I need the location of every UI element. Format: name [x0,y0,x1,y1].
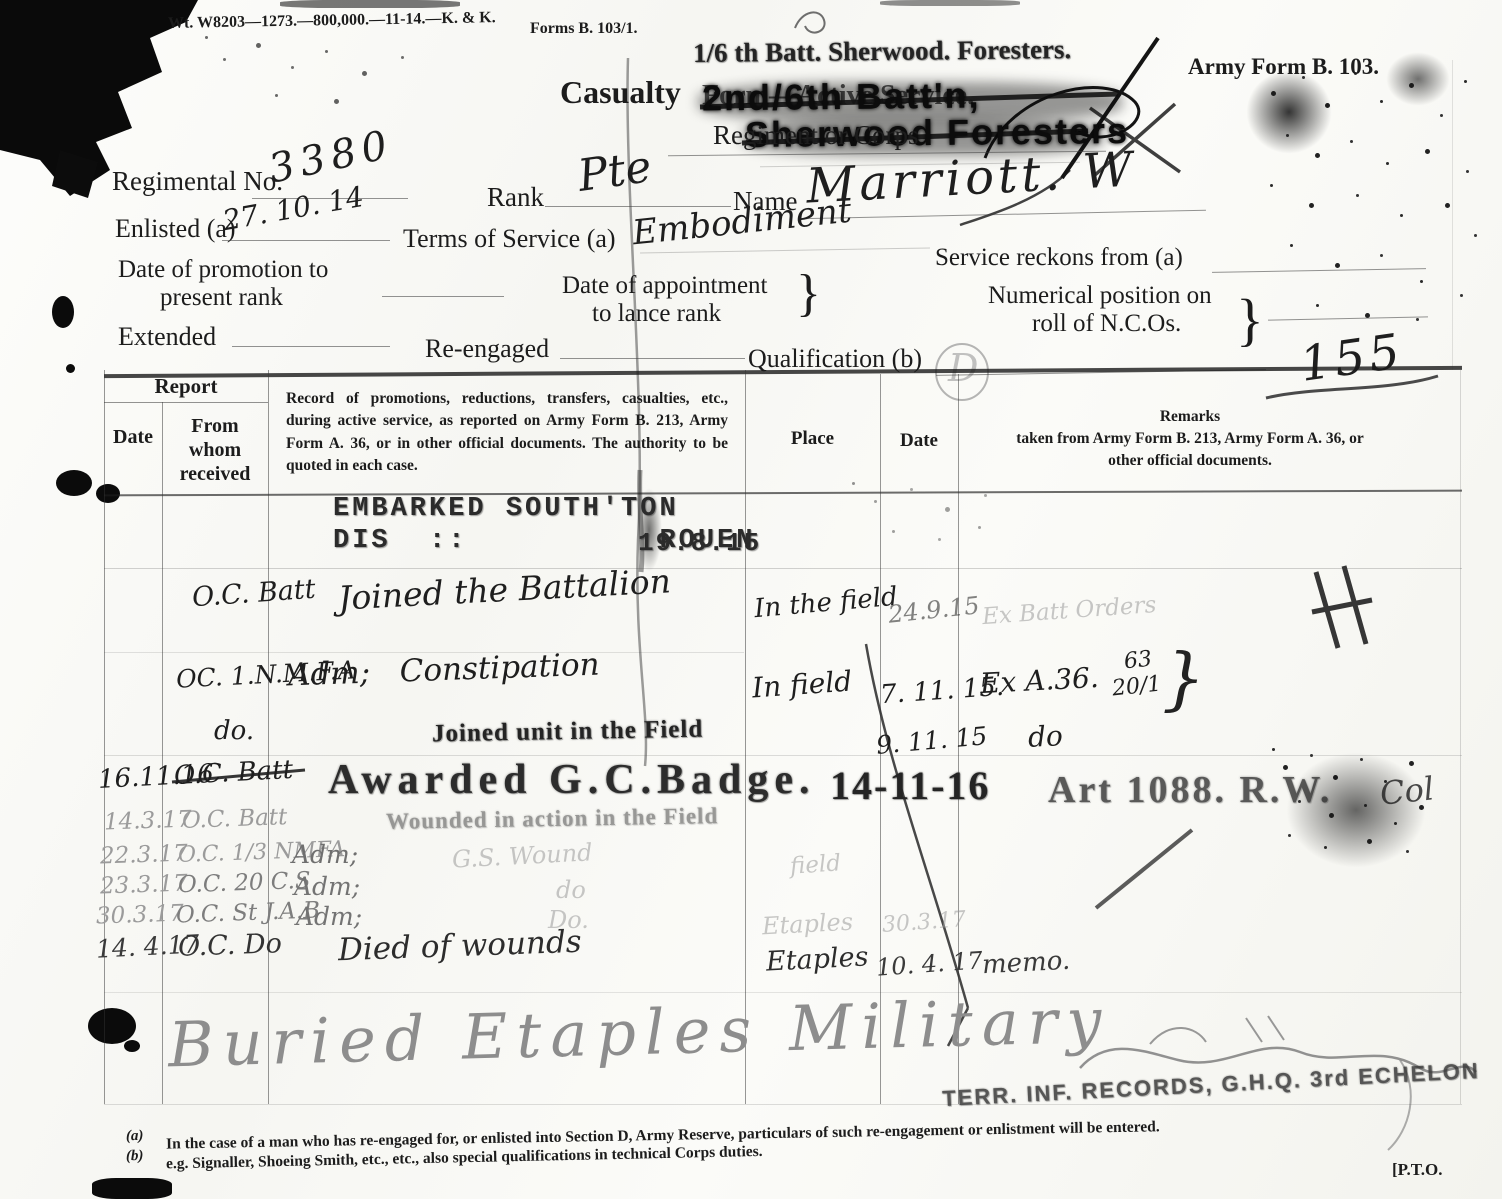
remarks-column-header-title: Remarks [1000,408,1380,426]
place-entry: Etaples [761,908,853,941]
enlisted-label: Enlisted (a) [115,214,236,244]
table-header-underline [104,402,268,403]
place-entry: Etaples [765,941,869,977]
from-whom-column-header: From whom received [164,414,266,486]
date-received-entry: 14.3.17 [104,806,193,835]
report-column-header: Report [104,374,268,399]
embarked-stamp-line1: EMBARKED SOUTH'TON [333,494,679,524]
remarks-brace: } [1162,640,1205,719]
from-whom-entry: O.C. Batt [173,755,293,791]
record-column-header: Record of promotions, reductions, transf… [286,388,728,478]
numerical-brace: } [1236,286,1264,353]
joined-unit-stamp: Joined unit in the Field [432,716,704,749]
from-whom-entry: do. [214,716,254,746]
footnote-a-label: (a) [126,1128,144,1145]
footnote-b-label: (b) [126,1148,144,1165]
remarks-fraction-denominator: 20/1 [1111,671,1163,701]
gc-badge-date-stamp: 14-11-16 [830,762,990,809]
date2-column-header: Date [880,430,958,452]
record-entry: Adm; [292,840,358,869]
place-entry: field [789,850,842,879]
appointment-label-line1: Date of appointment [562,272,768,300]
row-rule [104,568,1462,569]
table-col-line [268,370,269,1104]
date-column-header: Date [104,426,162,449]
remarks-initials: Col [1378,769,1436,812]
record-entry: Adm; [296,902,362,931]
remarks-entry: memo. [981,946,1071,981]
date-received-entry: 30.3.17 [96,900,185,929]
terms-label: Terms of Service (a) [403,224,616,254]
promotion-label-line2: present rank [160,284,283,312]
table-col-line [104,370,105,1104]
army-form-number: Army Form B. 103. [1188,54,1379,80]
forms-ref: Forms B. 103/1. [530,20,638,38]
from-whom-entry: O.C. Batt [182,804,288,834]
field-rule [560,358,745,359]
pto-note: [P.T.O. [1392,1160,1443,1180]
place-entry: In field [751,665,853,705]
extended-label: Extended [118,322,216,352]
form-title-word: Casualty [560,74,681,111]
regimental-no-label: Regimental No. [112,166,283,197]
place-column-header: Place [745,428,880,450]
record-detail-entry: do [556,876,586,904]
numerical-label-line1: Numerical position on [988,282,1212,310]
from-whom-entry: O.C. Do [177,928,282,963]
field-rule [382,296,504,297]
promotion-label-line1: Date of promotion to [118,256,328,284]
regiment-label: Regiment or Corps [713,120,918,151]
casualty-form-scan: Wt. W8203—1273.—800,000.—11-14.—K. & K. … [0,0,1502,1199]
date-received-entry: 23.3.17 [100,870,189,899]
record-entry: Adm; [294,872,360,901]
remarks-entry: Ex A.36. [979,661,1099,700]
numerical-label-line2: roll of N.C.Os. [1032,310,1181,338]
reengaged-label: Re-engaged [425,334,549,364]
rank-label: Rank [487,182,544,213]
from-whom-entry: O.C. 20 C.S [178,868,311,899]
table-col-line [162,402,163,1104]
gc-badge-authority-stamp: Art 1088. R.W. [1048,768,1332,812]
table-bottom-border [104,1104,1462,1105]
awarded-gc-badge-stamp: Awarded G.C.Badge. [328,756,816,804]
field-rule [232,346,390,347]
remarks-fraction-numerator: 63 [1123,647,1153,675]
date-received-entry: 22.3.17 [100,840,189,869]
field-rule [222,240,390,241]
appointment-brace: } [796,264,821,323]
table-col-line [1460,370,1461,1104]
embarked-stamp-date: 19.8.15 [638,528,761,558]
form-edge-line [1452,60,1453,370]
remarks-entry: do [1027,719,1063,754]
appointment-label-line2: to lance rank [592,300,721,328]
remarks-column-header-body: taken from Army Form B. 213, Army Form A… [1000,428,1380,471]
service-reckons-label: Service reckons from (a) [935,244,1183,272]
rank-value: Pte [575,141,655,202]
unit-stamp: 1/6 th Batt. Sherwood. Foresters. [693,34,1072,69]
